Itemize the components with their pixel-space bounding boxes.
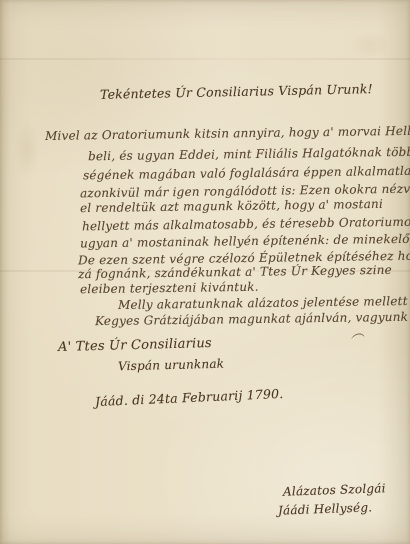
- signature-line: Jáádi Hellység.: [278, 500, 373, 517]
- body-line: ségének magában való foglalására éppen a…: [83, 164, 410, 183]
- body-line: Mivel az Oratoriumunk kitsin annyira, ho…: [45, 123, 410, 143]
- body-line: hellyett más alkalmatosabb, és téresebb …: [82, 215, 410, 234]
- salutation-line: Tekéntetes Úr Consiliarius Vispán Urunk!: [100, 81, 373, 102]
- paper-stain: [14, 120, 40, 180]
- signature-line: Alázatos Szolgái: [283, 481, 386, 499]
- fold-crease: [0, 58, 410, 60]
- body-line: beli, és ugyan Eddei, mint Filiális Halg…: [88, 145, 410, 164]
- body-line: zá fognánk, szándékunkat a' Ttes Úr Kegy…: [78, 263, 392, 281]
- address-line: Vispán urunknak: [118, 357, 225, 374]
- letter-page: Tekéntetes Úr Consiliarius Vispán Urunk!…: [0, 0, 410, 544]
- body-line: Melly akaratunknak alázatos jelentése me…: [118, 294, 408, 312]
- date-line: Jáád. di 24ta Februarij 1790.: [95, 386, 284, 409]
- address-line: A' Ttes Úr Consiliarius: [58, 336, 212, 355]
- body-line: ugyan a' mostaninak hellyén építenénk: d…: [80, 232, 410, 251]
- body-line: eleiben terjeszteni kivántuk.: [80, 280, 259, 296]
- paper-stain: [350, 30, 390, 60]
- body-line: el rendeltük azt magunk között, hogy a' …: [80, 197, 383, 215]
